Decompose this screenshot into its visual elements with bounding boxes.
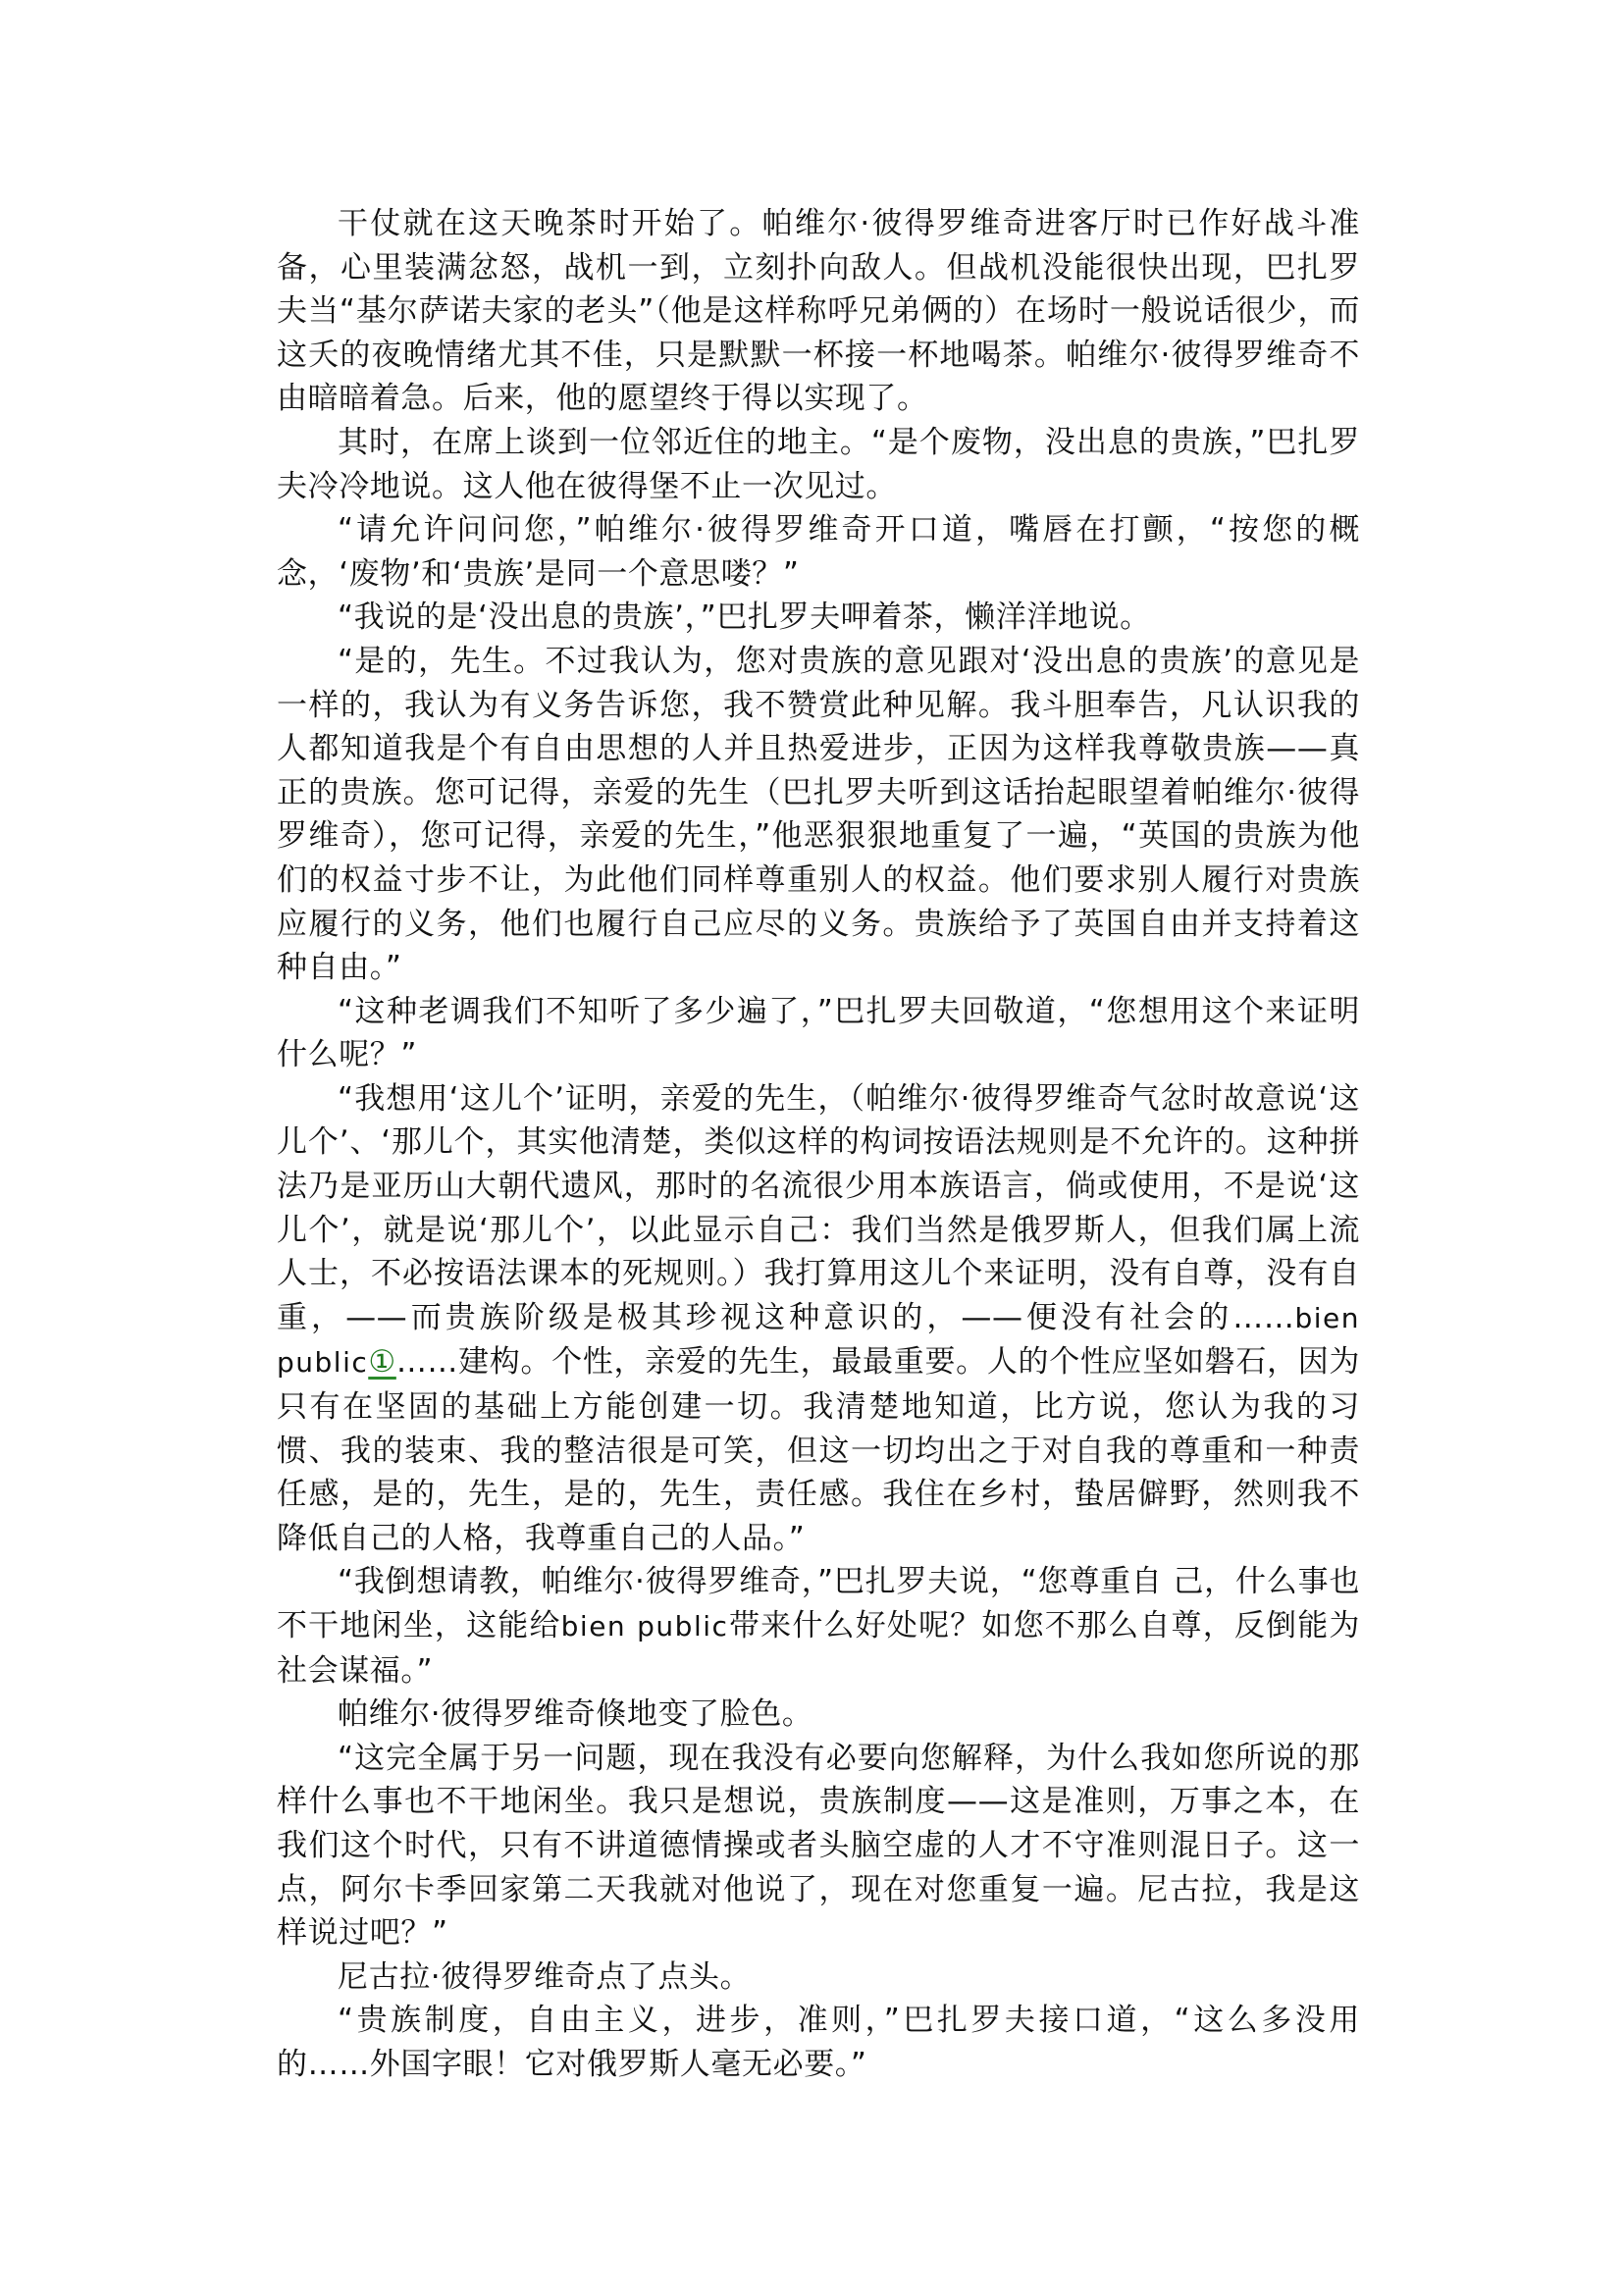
paragraph: “这完全属于另一问题，现在我没有必要向您解释，为什么我如您所说的那样什么事也不干… xyxy=(277,1737,1360,1955)
paragraph-with-footnote: “我想用‘这儿个’证明，亲爱的先生，（帕维尔·彼得罗维奇气忿时故意说‘这儿个’、… xyxy=(277,1077,1360,1561)
paragraph: “我倒想请教，帕维尔·彼得罗维奇，”巴扎罗夫说，“您尊重自 己，什么事也不干地闲… xyxy=(277,1560,1360,1693)
footnote-link[interactable]: ① xyxy=(368,1344,396,1380)
paragraph: “这种老调我们不知听了多少遍了，”巴扎罗夫回敬道，“您想用这个来证明什么呢？” xyxy=(277,990,1360,1077)
paragraph: 其时，在席上谈到一位邻近住的地主。“是个废物，没出息的贵族，”巴扎罗夫冷冷地说。… xyxy=(277,421,1360,508)
document-page: 干仗就在这天晚茶时开始了。帕维尔·彼得罗维奇进客厅时已作好战斗准备，心里装满忿怒… xyxy=(277,202,1360,2087)
paragraph: 帕维尔·彼得罗维奇倏地变了脸色。 xyxy=(277,1693,1360,1737)
latin-term: bien public xyxy=(561,1610,729,1642)
paragraph: “请允许问问您，”帕维尔·彼得罗维奇开口道，嘴唇在打颤，“按您的概念，‘废物’和… xyxy=(277,508,1360,596)
paragraph-text: ……建构。个性，亲爱的先生，最最重要。人的个性应坚如磐石，因为只有在坚固的基础上… xyxy=(277,1344,1360,1555)
paragraph-text: “我想用‘这儿个’证明，亲爱的先生，（帕维尔·彼得罗维奇气忿时故意说‘这儿个’、… xyxy=(277,1081,1360,1335)
paragraph: “是的，先生。不过我认为，您对贵族的意见跟对‘没出息的贵族’的意见是一样的，我认… xyxy=(277,640,1360,990)
paragraph: 尼古拉·彼得罗维奇点了点头。 xyxy=(277,1955,1360,2000)
paragraph: “贵族制度，自由主义，进步，准则，”巴扎罗夫接口道，“这么多没用的……外国字眼！… xyxy=(277,1999,1360,2086)
paragraph: “我说的是‘没出息的贵族’，”巴扎罗夫呷着茶，懒洋洋地说。 xyxy=(277,596,1360,640)
paragraph: 干仗就在这天晚茶时开始了。帕维尔·彼得罗维奇进客厅时已作好战斗准备，心里装满忿怒… xyxy=(277,202,1360,421)
